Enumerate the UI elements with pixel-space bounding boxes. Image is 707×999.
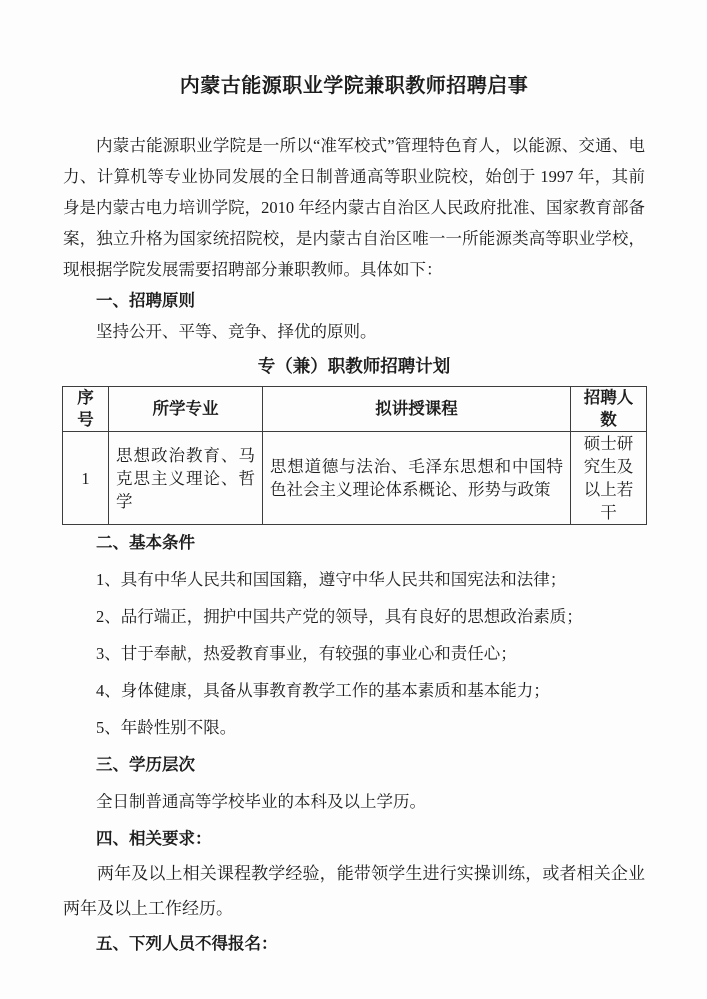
header-cell-number: 序号 [63,387,109,432]
cell-major: 思想政治教育、马克思主义理论、哲学 [109,432,263,525]
intro-paragraph: 内蒙古能源职业学院是一所以“准军校式”管理特色育人，以能源、交通、电力、计算机等… [63,130,645,285]
page-title: 内蒙古能源职业学院兼职教师招聘启事 [63,72,645,100]
section-4-heading: 四、相关要求： [63,823,645,854]
cell-number: 1 [63,432,109,525]
section-3-body: 全日制普通高等学校毕业的本科及以上学历。 [63,786,645,817]
header-cell-courses: 拟讲授课程 [263,387,571,432]
section-5-heading: 五、下列人员不得报名： [63,928,645,959]
recruitment-plan-title: 专（兼）职教师招聘计划 [63,351,645,381]
section-4-body: 两年及以上相关课程教学经验，能带领学生进行实操训练，或者相关企业两年及以上工作经… [63,856,645,926]
table-row: 1 思想政治教育、马克思主义理论、哲学 思想道德与法治、毛泽东思想和中国特色社会… [63,432,647,525]
section-2-item: 3、甘于奉献，热爱教育事业，有较强的事业心和责任心； [63,638,645,669]
section-2-item: 2、品行端正，拥护中国共产党的领导，具有良好的思想政治素质； [63,601,645,632]
section-1-body: 坚持公开、平等、竞争、择优的原则。 [63,316,645,347]
section-2-heading: 二、基本条件 [63,527,645,558]
document-page: 内蒙古能源职业学院兼职教师招聘启事 内蒙古能源职业学院是一所以“准军校式”管理特… [0,0,707,999]
section-1-heading: 一、招聘原则 [63,285,645,316]
section-2-item: 5、年龄性别不限。 [63,712,645,743]
recruitment-plan-table: 序号 所学专业 拟讲授课程 招聘人数 1 思想政治教育、马克思主义理论、哲学 思… [62,386,647,525]
header-cell-headcount: 招聘人数 [571,387,647,432]
section-3-heading: 三、学历层次 [63,749,645,780]
cell-courses: 思想道德与法治、毛泽东思想和中国特色社会主义理论体系概论、形势与政策 [263,432,571,525]
cell-headcount: 硕士研究生及以上若干 [571,432,647,525]
header-cell-major: 所学专业 [109,387,263,432]
section-2-item: 1、具有中华人民共和国国籍，遵守中华人民共和国宪法和法律； [63,564,645,595]
section-2-item: 4、身体健康，具备从事教育教学工作的基本素质和基本能力； [63,675,645,706]
table-header-row: 序号 所学专业 拟讲授课程 招聘人数 [63,387,647,432]
